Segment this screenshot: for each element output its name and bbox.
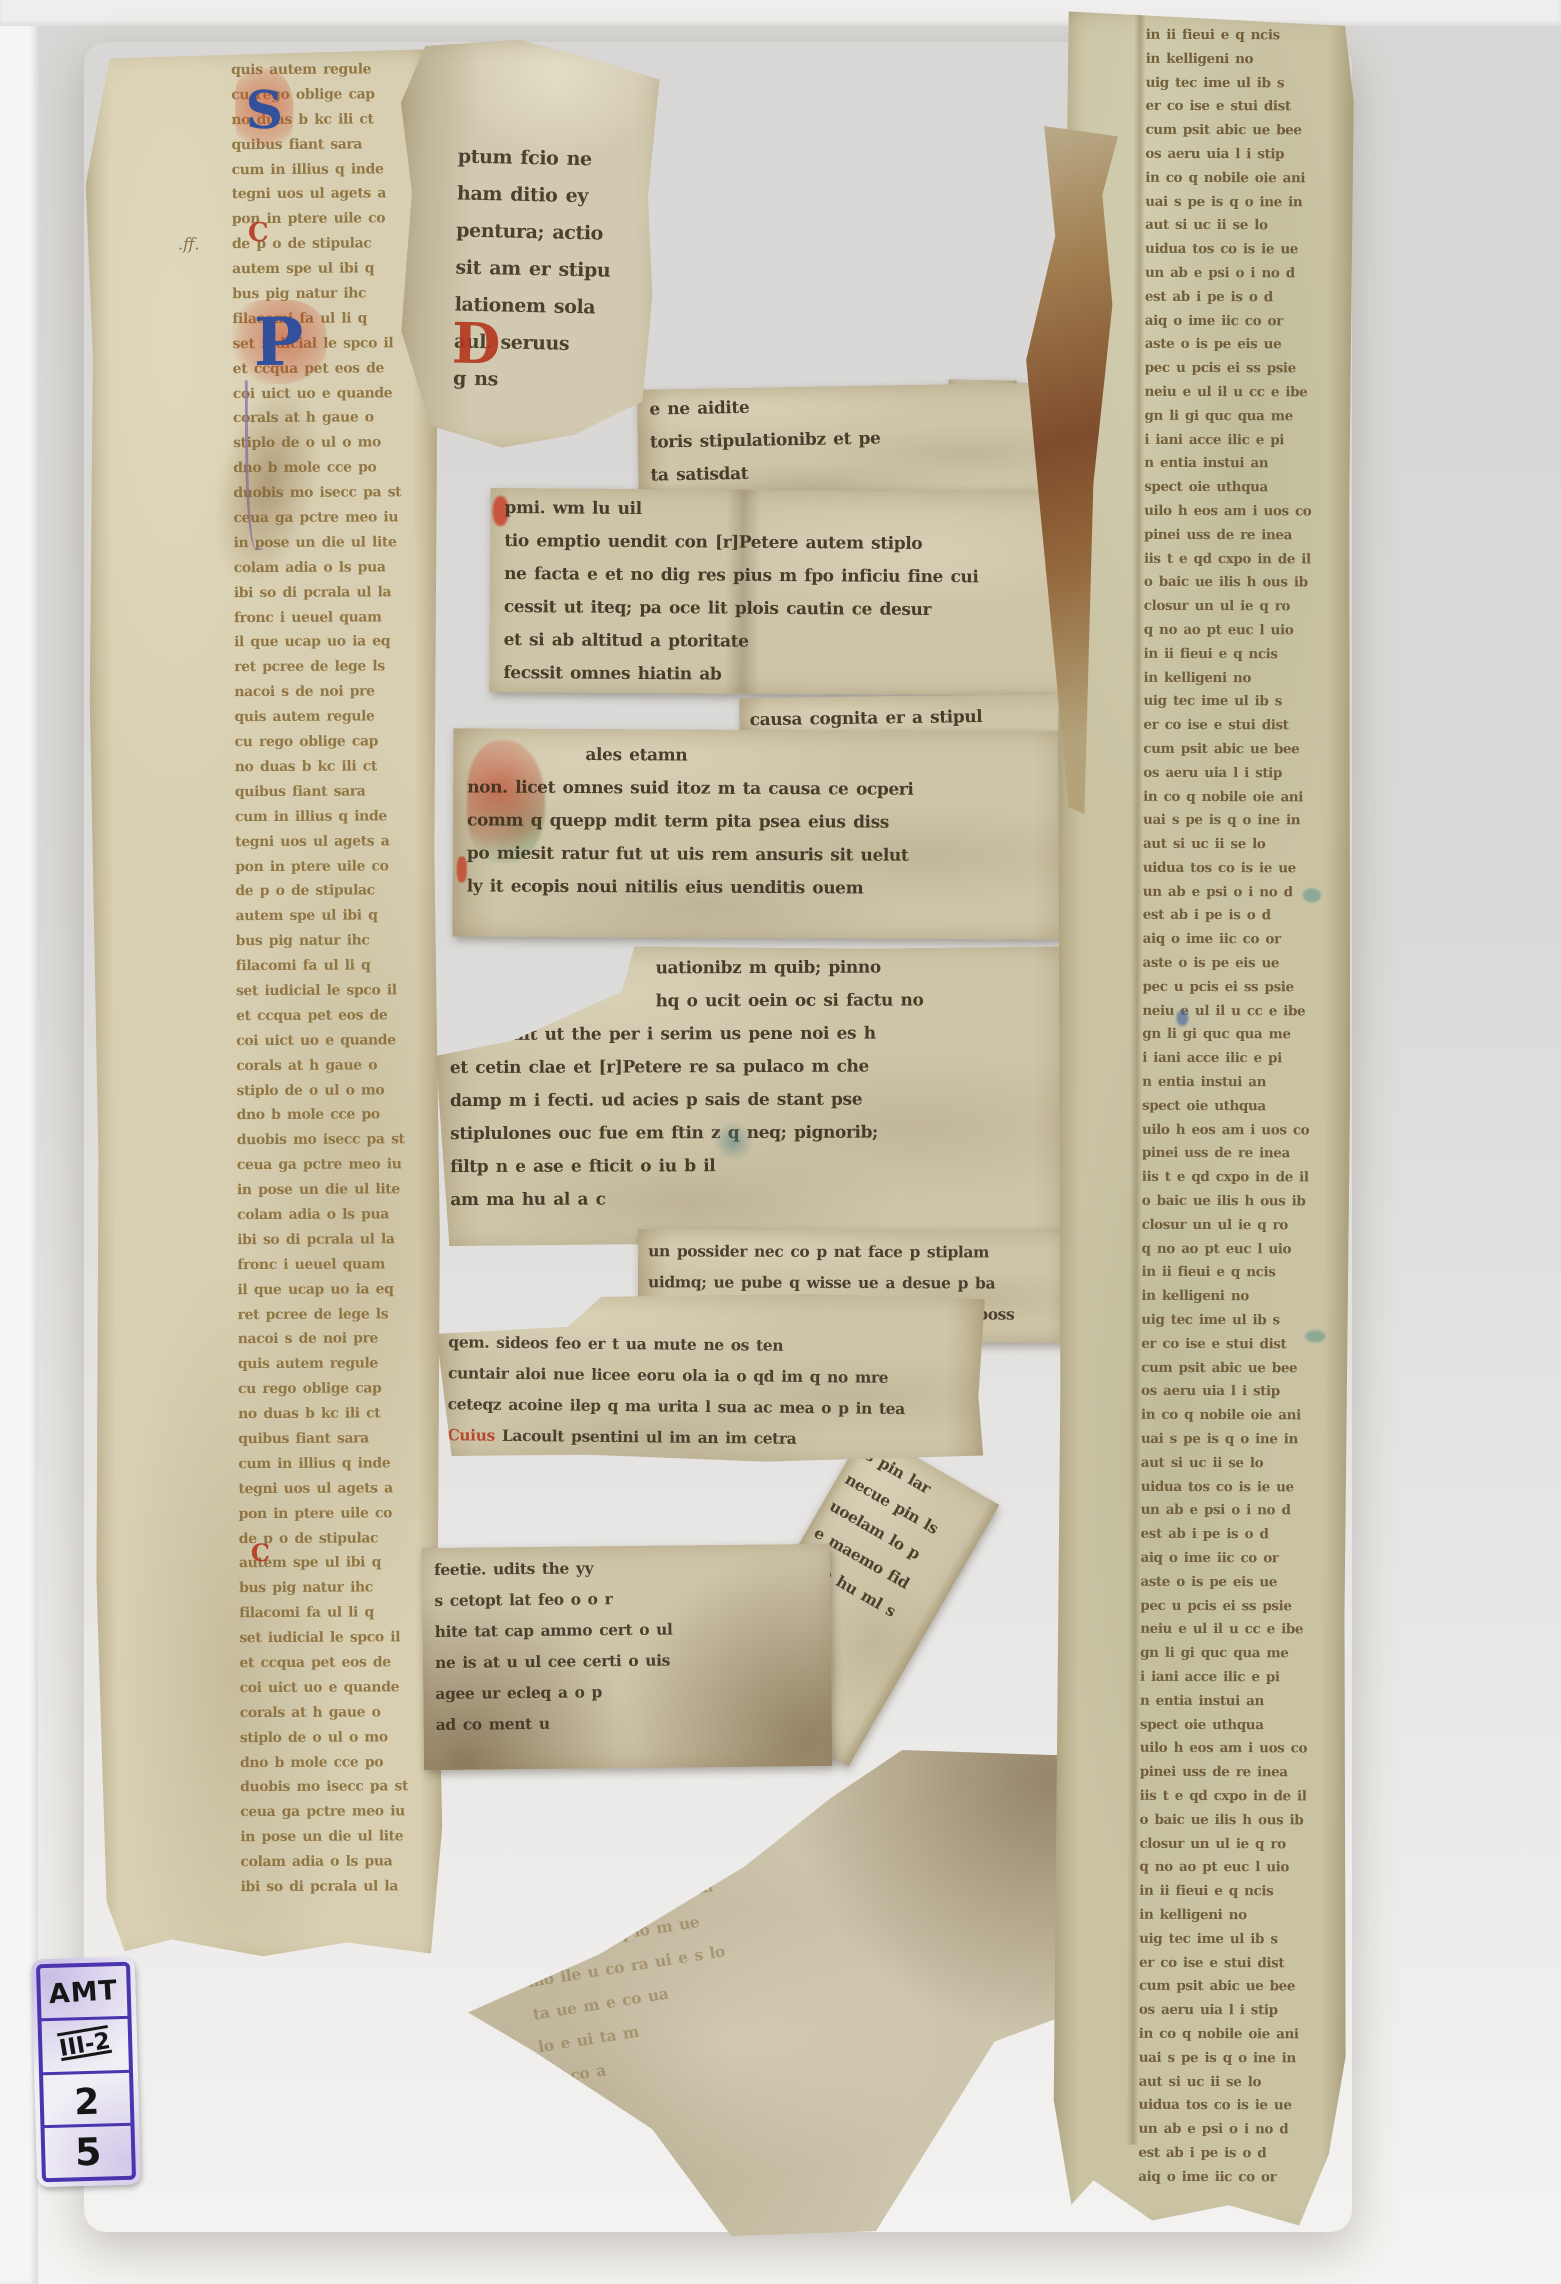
text-line: aste o is pe eis ue [1140,1571,1336,1595]
text-line: aste o is pe eis ue [1138,2189,1334,2194]
text-line: spect oie uthqua [1140,1713,1336,1737]
text-line: in co q nobile oie ani [1139,2023,1335,2047]
text-line: closur un ul ie q ro [1144,595,1340,619]
gothic-text-fragment: ales etamnnon. licet omnes suid itoz m t… [466,738,1071,935]
text-line: os aeru uia l i stip [1139,1999,1335,2023]
text-line: corals at h gaue o [236,1053,430,1079]
text-line: i iani acce ilic e pi [1142,1047,1338,1071]
text-line: ta satisdat [650,452,1069,492]
text-line: n entia instui an [1144,452,1340,476]
label-row: AMT [40,1966,127,2022]
teal-ink-smudge [1303,888,1321,902]
text-line: est ab i pe is o d [1143,904,1339,928]
text-line: ptum fcio ne [457,139,652,180]
text-line: quis autem regule [238,1351,432,1377]
text-line: iis t e qd cxpo in de il [1144,547,1340,571]
text-line: in kelligeni no [1139,1904,1335,1928]
text-line: fronc i ueuel quam [237,1252,431,1278]
text-line: in kelligeni no [1141,1285,1337,1309]
text-line: spect oie uthqua [1142,1095,1338,1119]
text-line: colam adia o ls pua [240,1849,434,1875]
text-line: uidmq; ue pube q wisse ue a desue p ba [648,1266,1074,1298]
text-line: in ii fieui e q ncis [1144,643,1340,667]
text-line: pinei uss de re inea [1142,1142,1338,1166]
teal-ink-smudge [1305,1330,1325,1342]
text-line: set iudicial le spco il [236,978,430,1004]
text-line: q no ao pt euc l uio [1144,619,1340,643]
fragment-top-middle: ptum fcio neham ditio eypentura; actiosi… [394,37,660,450]
text-line: ibi so di pcrala ul la [237,1227,431,1253]
text-line: autem spe ul ibi q [232,256,426,282]
text-line: am ma hu al a c [450,1182,1072,1217]
text-line: set iudicial le spco il [239,1625,433,1651]
text-line: bus pig natur ihc [239,1575,433,1601]
text-line: in co q nobile oie ani [1145,167,1341,191]
text-line: gn li gi quc qua me [1142,1023,1338,1047]
text-line: un ab e psi o i no d [1138,2118,1334,2142]
text-line: aiq o ime iic co or [1143,928,1339,952]
text-line: quibus fiant sara [235,779,429,805]
text-line: ret pcree de lege ls [238,1302,432,1328]
text-line: aste o is pe eis ue [1143,952,1339,976]
text-line: damp m i fecti. ud acies p sais de stant… [450,1083,1072,1118]
text-line: quis autem regule [234,704,428,730]
text-line: cu rego oblige cap [235,729,429,755]
text-line: ceua ga pctre meo iu [240,1799,434,1825]
text-line: neiu e ul il u cc e ibe [1145,381,1341,405]
text-line: uidua tos co is ie ue [1143,857,1339,881]
text-line: no duas b kc ili ct [238,1401,432,1427]
text-line: neiu e ul il u cc e ibe [1142,999,1338,1023]
text-line: closur un ul ie q ro [1142,1214,1338,1238]
text-line: et ccqua pet eos de [236,1003,430,1029]
text-line: stiplo de o ul o mo [240,1725,434,1751]
text-line: in ii fieui e q ncis [1146,24,1342,48]
shelfmark-label: AMT III-2 2 5 [31,1957,141,2188]
text-line: uig tec ime ul ib s [1146,71,1342,95]
text-line: s cetopt lat feo o o r [434,1581,824,1616]
text-line: cu rego oblige cap [238,1376,432,1402]
text-line: ne facta e et no dig res pius m fpo infi… [504,558,1072,595]
text-line: non. licet omnes suid itoz m ta causa ce… [467,771,1071,807]
text-line: aut si uc ii se lo [1143,833,1339,857]
text-line: duobis mo isecc pa st [237,1127,431,1153]
text-line: corals at h gaue o [240,1700,434,1726]
text-line: er co ise e stui dist [1146,95,1342,119]
text-line: fronc i ueuel quam [234,605,428,631]
gothic-text-fragment: pmi. wm lu uiltio emptio uendit con [r]P… [503,492,1072,692]
text-line: in kelligeni no [1146,48,1342,72]
text-line: filacomi fa ul li q [236,953,430,979]
text-line: uidua tos co is ie ue [1141,1475,1337,1499]
text-line: ceua ga pctre meo iu [237,1152,431,1178]
text-line: cum psit abic ue bee [1143,738,1339,762]
gothic-text-fragment: ptum fcio neham ditio eypentura; actiosi… [452,139,652,443]
text-line: in kelligeni no [1144,666,1340,690]
text-line: autem spe ul ibi q [235,903,429,929]
text-line: closur un ul ie q ro [1139,1832,1335,1856]
text-line: quibus fiant sara [238,1426,432,1452]
text-line: pon in ptere uile co [235,854,429,880]
text-line: spect oie uthqua [1144,476,1340,500]
text-line: cum in illius q inde [238,1451,432,1477]
text-line: pec u pcis ei ss psie [1142,976,1338,1000]
label-text-series: III-2 [58,2028,113,2062]
text-line: sit am er stipu [455,250,650,291]
text-line: stiplulones ouc fue em ftin z q neq; pig… [450,1116,1072,1151]
text-line: uig tec ime ul ib s [1139,1928,1335,1952]
text-line: dno b mole cce po [240,1750,434,1776]
text-line: os aeru uia l i stip [1141,1380,1337,1404]
label-grid: AMT III-2 2 5 [36,1962,136,2183]
text-line: et cetin clae et [r]Petere re sa pulaco … [450,1050,1072,1085]
marginal-ff-note: .ff. [178,234,200,253]
text-line: uidua tos co is ie ue [1145,238,1341,262]
text-line: er co ise e stui dist [1143,714,1339,738]
text-line: uai s pe is q o ine in [1143,809,1339,833]
blue-ink-smudge [1176,1010,1188,1026]
text-line: feetie. udits the yy [434,1550,824,1585]
text-line: cum psit abic ue bee [1141,1356,1337,1380]
text-line: tio emptio uendit con [r]Petere autem st… [504,525,1072,562]
text-line: nacoi s de noi pre [238,1327,432,1353]
text-line: uig tec ime ul ib s [1143,690,1339,714]
text-line: pon in ptere uile co [239,1501,433,1527]
text-line: et si ab altitud a ptoritate [504,624,1072,661]
text-line: uilo h eos am i uos co [1144,500,1340,524]
text-line: uai s pe is q o ine in [1145,190,1341,214]
text-line: pinei uss de re inea [1140,1761,1336,1785]
text-line: de p o de stipulac [235,879,429,905]
text-line: filtp n e ase e fticit o iu b il [450,1149,1072,1184]
text-line: no duas b kc ili ct [235,754,429,780]
text-line: in ii fieui e q ncis [1139,1880,1335,1904]
text-line: comm q quepp mdit term pita psea eius di… [467,804,1071,840]
text-line: in co q nobile oie ani [1141,1404,1337,1428]
text-line: cum in illius q inde [235,804,429,830]
gothic-text-right-column: in ii fieui e q ncisin kelligeni nouig t… [1138,24,1342,2195]
parchment-left-column: quis autem regulecu rego oblige capno du… [85,49,445,1963]
text-line: et ccqua pet eos de [239,1650,433,1676]
text-line: i iani acce ilic e pi [1140,1666,1336,1690]
text-line: uilo h eos am i uos co [1142,1118,1338,1142]
red-paint-trace [457,856,467,882]
text-line: o baic ue ilis h ous ib [1144,571,1340,595]
text-line: duobis mo isecc pa st [240,1775,434,1801]
text-line: coi uict uo e quande [240,1675,434,1701]
text-line: est ab i pe is o d [1138,2142,1334,2166]
backdrop-top-edge [0,0,1561,26]
text-line: uidua tos co is ie ue [1139,2094,1335,2118]
text-line: po miesit ratur fut ut uis rem ansuris s… [467,837,1071,873]
text-line: ibi so di pcrala ul la [241,1874,435,1900]
backdrop-left-edge [0,0,38,2284]
text-line: n entia instui an [1142,1071,1338,1095]
text-line: in ii fieui e q ncis [1141,1261,1337,1285]
text-line: iis t e qd cxpo in de il [1142,1166,1338,1190]
text-line: neiu e ul il u cc e ibe [1140,1618,1336,1642]
text-line: pec u pcis ei ss psie [1145,357,1341,381]
gothic-text-fragment: feetie. udits the yys cetopt lat feo o o… [434,1550,826,1766]
text-line: aut si uc ii se lo [1141,1452,1337,1476]
manuscript-photo: quis autem regulecu rego oblige capno du… [0,0,1561,2284]
fragment-strip-4: ales etamnnon. licet omnes suid itoz m t… [452,728,1077,939]
text-line: uai s pe is q o ine in [1139,2047,1335,2071]
text-line: est ab i pe is o d [1145,286,1341,310]
text-line: aiq o ime iic co or [1138,2165,1334,2189]
text-line: un possider nec co p nat face p stiplam [648,1235,1074,1267]
text-line: ly it ecopis noui nitilis eius uenditis … [467,870,1071,906]
red-initial-d: D [451,310,501,377]
gothic-text-fragment: e ne aiditetoris stipulationibz et peta … [649,386,1069,501]
label-row: III-2 [42,2019,129,2075]
text-line: pentura; actio [456,213,651,254]
label-row: 2 [43,2072,130,2128]
text-line: ret pcree de lege ls [234,655,428,681]
text-line: aut si uc ii se lo [1145,214,1341,238]
decorated-initial-p: P [230,300,326,385]
text-line: cessit ut iteq; pa oce lit plois cautin … [504,591,1072,628]
text-line: iis t e qd cxpo in de il [1140,1785,1336,1809]
text-line: ne is at u ul cee certi o uis [435,1643,825,1678]
text-line: fecssit omnes hiatin ab [503,657,1071,692]
text-line: ales etamn [467,738,1071,774]
text-line: gn li gi quc qua me [1140,1642,1336,1666]
text-line: un ab e psi o i no d [1145,262,1341,286]
text-line: tegni uos ul agets a [232,182,426,208]
text-line: bus pig natur ihc [236,928,430,954]
text-line: cum psit abic ue bee [1145,119,1341,143]
gothic-text-fragment: qem. sideos feo er t ua mute ne os tencu… [447,1326,978,1462]
rubric-c-mark: C [251,1538,270,1567]
text-line: il que ucap uo ia eq [234,630,428,656]
text-line: aiq o ime iic co or [1145,309,1341,333]
text-line: aste o is pe eis ue [1145,333,1341,357]
text-line: pmi. wm lu uil [504,492,1072,529]
teal-ink-smudge [712,1122,754,1160]
text-line: nacoi s de noi pre [234,679,428,705]
text-line: tegni uos ul agets a [235,829,429,855]
text-line: pec u pcis ei ss psie [1140,1594,1336,1618]
text-line: uai s pe is q o ine in [1141,1428,1337,1452]
text-line: coi uict uo e quande [236,1028,430,1054]
label-text-number: 5 [74,2129,102,2174]
text-line: cum in illius q inde [232,157,426,183]
text-line: i iani acce ilic e pi [1144,428,1340,452]
text-line: in pose un die ul lite [237,1177,431,1203]
text-line: o baic ue ilis h ous ib [1140,1809,1336,1833]
text-line: gn li gi quc qua me [1144,405,1340,429]
label-text-number: 2 [74,2082,100,2124]
text-line: aiq o ime iic co or [1140,1547,1336,1571]
text-line: pinei uss de re inea [1144,524,1340,548]
text-line: colam adia o ls pua [237,1202,431,1228]
text-line: in pose un die ul lite [240,1824,434,1850]
text-line: cum psit abic ue bee [1139,1975,1335,1999]
text-line: q no ao pt euc l uio [1139,1856,1335,1880]
text-line: hite tat cap ammo cert o ul [435,1612,825,1647]
text-line: os aeru uia l i stip [1143,761,1339,785]
text-line: dno b mole cce po [237,1103,431,1129]
rubric-c-mark: C [248,218,269,248]
fragment-strip-8: feetie. udits the yys cetopt lat feo o o… [422,1544,832,1770]
text-line: n entia instui an [1140,1690,1336,1714]
fragment-strip-1: e ne aiditetoris stipulationibz et peta … [637,382,1075,506]
text-line: ham ditio ey [457,176,652,217]
text-line: o baic ue ilis h ous ib [1142,1190,1338,1214]
text-line: uig tec ime ul ib s [1141,1309,1337,1333]
text-line: aut si uc ii se lo [1139,2070,1335,2094]
decorated-initial-s: S [235,68,293,154]
text-line: in co q nobile oie ani [1143,785,1339,809]
label-text-amt: AMT [48,1975,119,2010]
text-line: est ab i pe is o d [1141,1523,1337,1547]
fragment-strip-2: pmi. wm lu uiltio emptio uendit con [r]P… [489,488,1078,696]
text-line: filacomi fa ul li q [239,1600,433,1626]
text-line: un ab e psi o i no d [1141,1499,1337,1523]
text-line: il que ucap uo ia eq [237,1277,431,1303]
text-line: uilo h eos am i uos co [1140,1737,1336,1761]
label-row: 5 [45,2126,132,2179]
text-line: tegni uos ul agets a [238,1476,432,1502]
text-line: os aeru uia l i stip [1145,143,1341,167]
text-line: stiplo de o ul o mo [236,1078,430,1104]
text-line: ad co ment u [436,1705,826,1740]
text-line: agee ur ecleq a o p [435,1674,825,1709]
text-line: er co ise e stui dist [1139,1951,1335,1975]
text-line: q no ao pt euc l uio [1142,1237,1338,1261]
